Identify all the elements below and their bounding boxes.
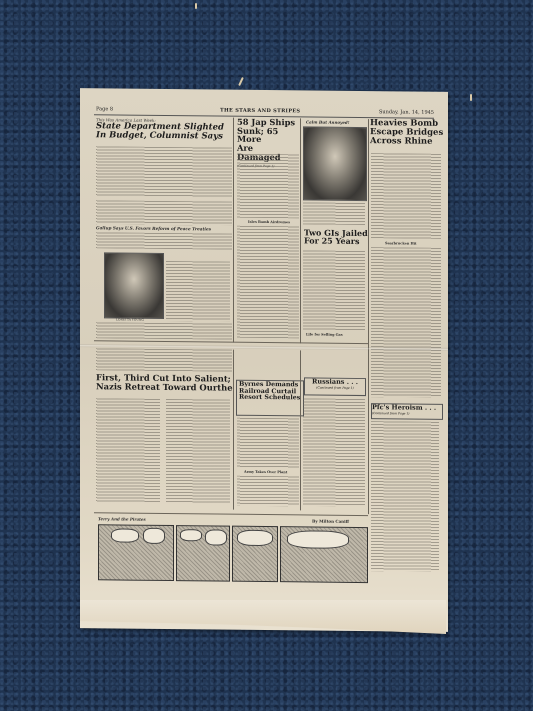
article-body: [96, 232, 232, 249]
article-body: [371, 153, 441, 239]
article-body: [237, 226, 299, 339]
article-body: [96, 200, 232, 225]
headline: Across Rhine: [370, 137, 444, 147]
headline: Resort Schedules: [239, 395, 301, 402]
newspaper-title: THE STARS AND STRIPES: [220, 108, 300, 115]
speech-bubble: [237, 530, 273, 546]
article-body: [237, 476, 299, 507]
comic-panel-1: [98, 524, 174, 581]
subhead: Gallup Says U.S. Favors Reform of Peace …: [96, 225, 232, 231]
comic-panel-4: [280, 526, 368, 583]
speech-bubble: [180, 529, 202, 541]
article-body: [166, 261, 230, 322]
comic-panel-2: [176, 525, 230, 582]
comic-credit: By Milton Caniff: [312, 519, 349, 524]
speech-bubble: [111, 528, 139, 542]
article-body: [96, 146, 232, 197]
photo-caption-body: [303, 202, 365, 225]
headline: In Budget, Columnist Says: [96, 131, 232, 141]
article-state-department: This Was America Last Week: State Depart…: [96, 117, 232, 141]
article-heavies-bomb: Heavies Bomb Escape Bridges Across Rhine: [370, 119, 444, 147]
section-rule: [94, 512, 368, 516]
article-body: [96, 398, 160, 503]
column-rule: [300, 118, 301, 343]
subhead: Saarbrucken Hit: [385, 241, 417, 245]
subhead: Army Takes Over Plant: [244, 470, 287, 474]
comic-title: Terry And the Pirates: [98, 516, 146, 522]
article-body: [371, 247, 441, 398]
section-rule: [94, 340, 368, 344]
speech-bubble: [143, 528, 165, 544]
issue-date: Sunday, Jan. 14, 1945: [379, 109, 434, 116]
speech-bubble: [205, 529, 227, 545]
comic-panel-3: [232, 526, 278, 582]
pfc-headline-box: Pfc's Heroism . . . (Continued from Page…: [371, 403, 443, 420]
photo-kicker: Calm But Annoyed!: [306, 119, 349, 124]
newspaper-page: Page 8 THE STARS AND STRIPES Sunday, Jan…: [80, 88, 448, 632]
headline: Nazis Retreat Toward Ourthe: [96, 382, 236, 392]
article-body: [96, 322, 232, 339]
subhead: Life for Selling Gas: [306, 332, 343, 336]
article-body: [371, 421, 439, 572]
article-body: [166, 399, 230, 504]
photo-caption: LORETTA YOUNG: [116, 317, 144, 321]
portrait-photo: [104, 252, 164, 319]
column-rule: [300, 350, 301, 510]
russians-headline-box: Russians . . . (Continued from Page 1): [304, 377, 366, 396]
column-rule: [368, 119, 369, 514]
article-two-gis: Two GIs Jailed For 25 Years: [304, 228, 368, 245]
speech-bubble: [287, 530, 349, 549]
column-rule: [233, 350, 234, 510]
article-body: [237, 418, 299, 469]
article-body: [303, 398, 365, 507]
carpet-fleck: [238, 77, 244, 86]
headline: Sunk; 65 More: [237, 126, 299, 144]
carpet-fleck: [195, 3, 197, 9]
woman-with-cat-photo: [303, 126, 367, 201]
byrnes-headline-box: Byrnes Demands Railroad Curtail Resort S…: [236, 380, 304, 417]
column-rule: [233, 118, 234, 343]
article-salient: First, Third Cut Into Salient; Nazis Ret…: [96, 373, 236, 392]
page-number: Page 8: [96, 106, 113, 112]
article-body: [96, 348, 232, 371]
carpet-fleck: [470, 94, 472, 101]
article-body: [237, 154, 299, 219]
subhead: Isles Bomb Airdromes: [248, 220, 290, 224]
headline: For 25 Years: [304, 237, 368, 246]
article-body: [303, 250, 365, 331]
